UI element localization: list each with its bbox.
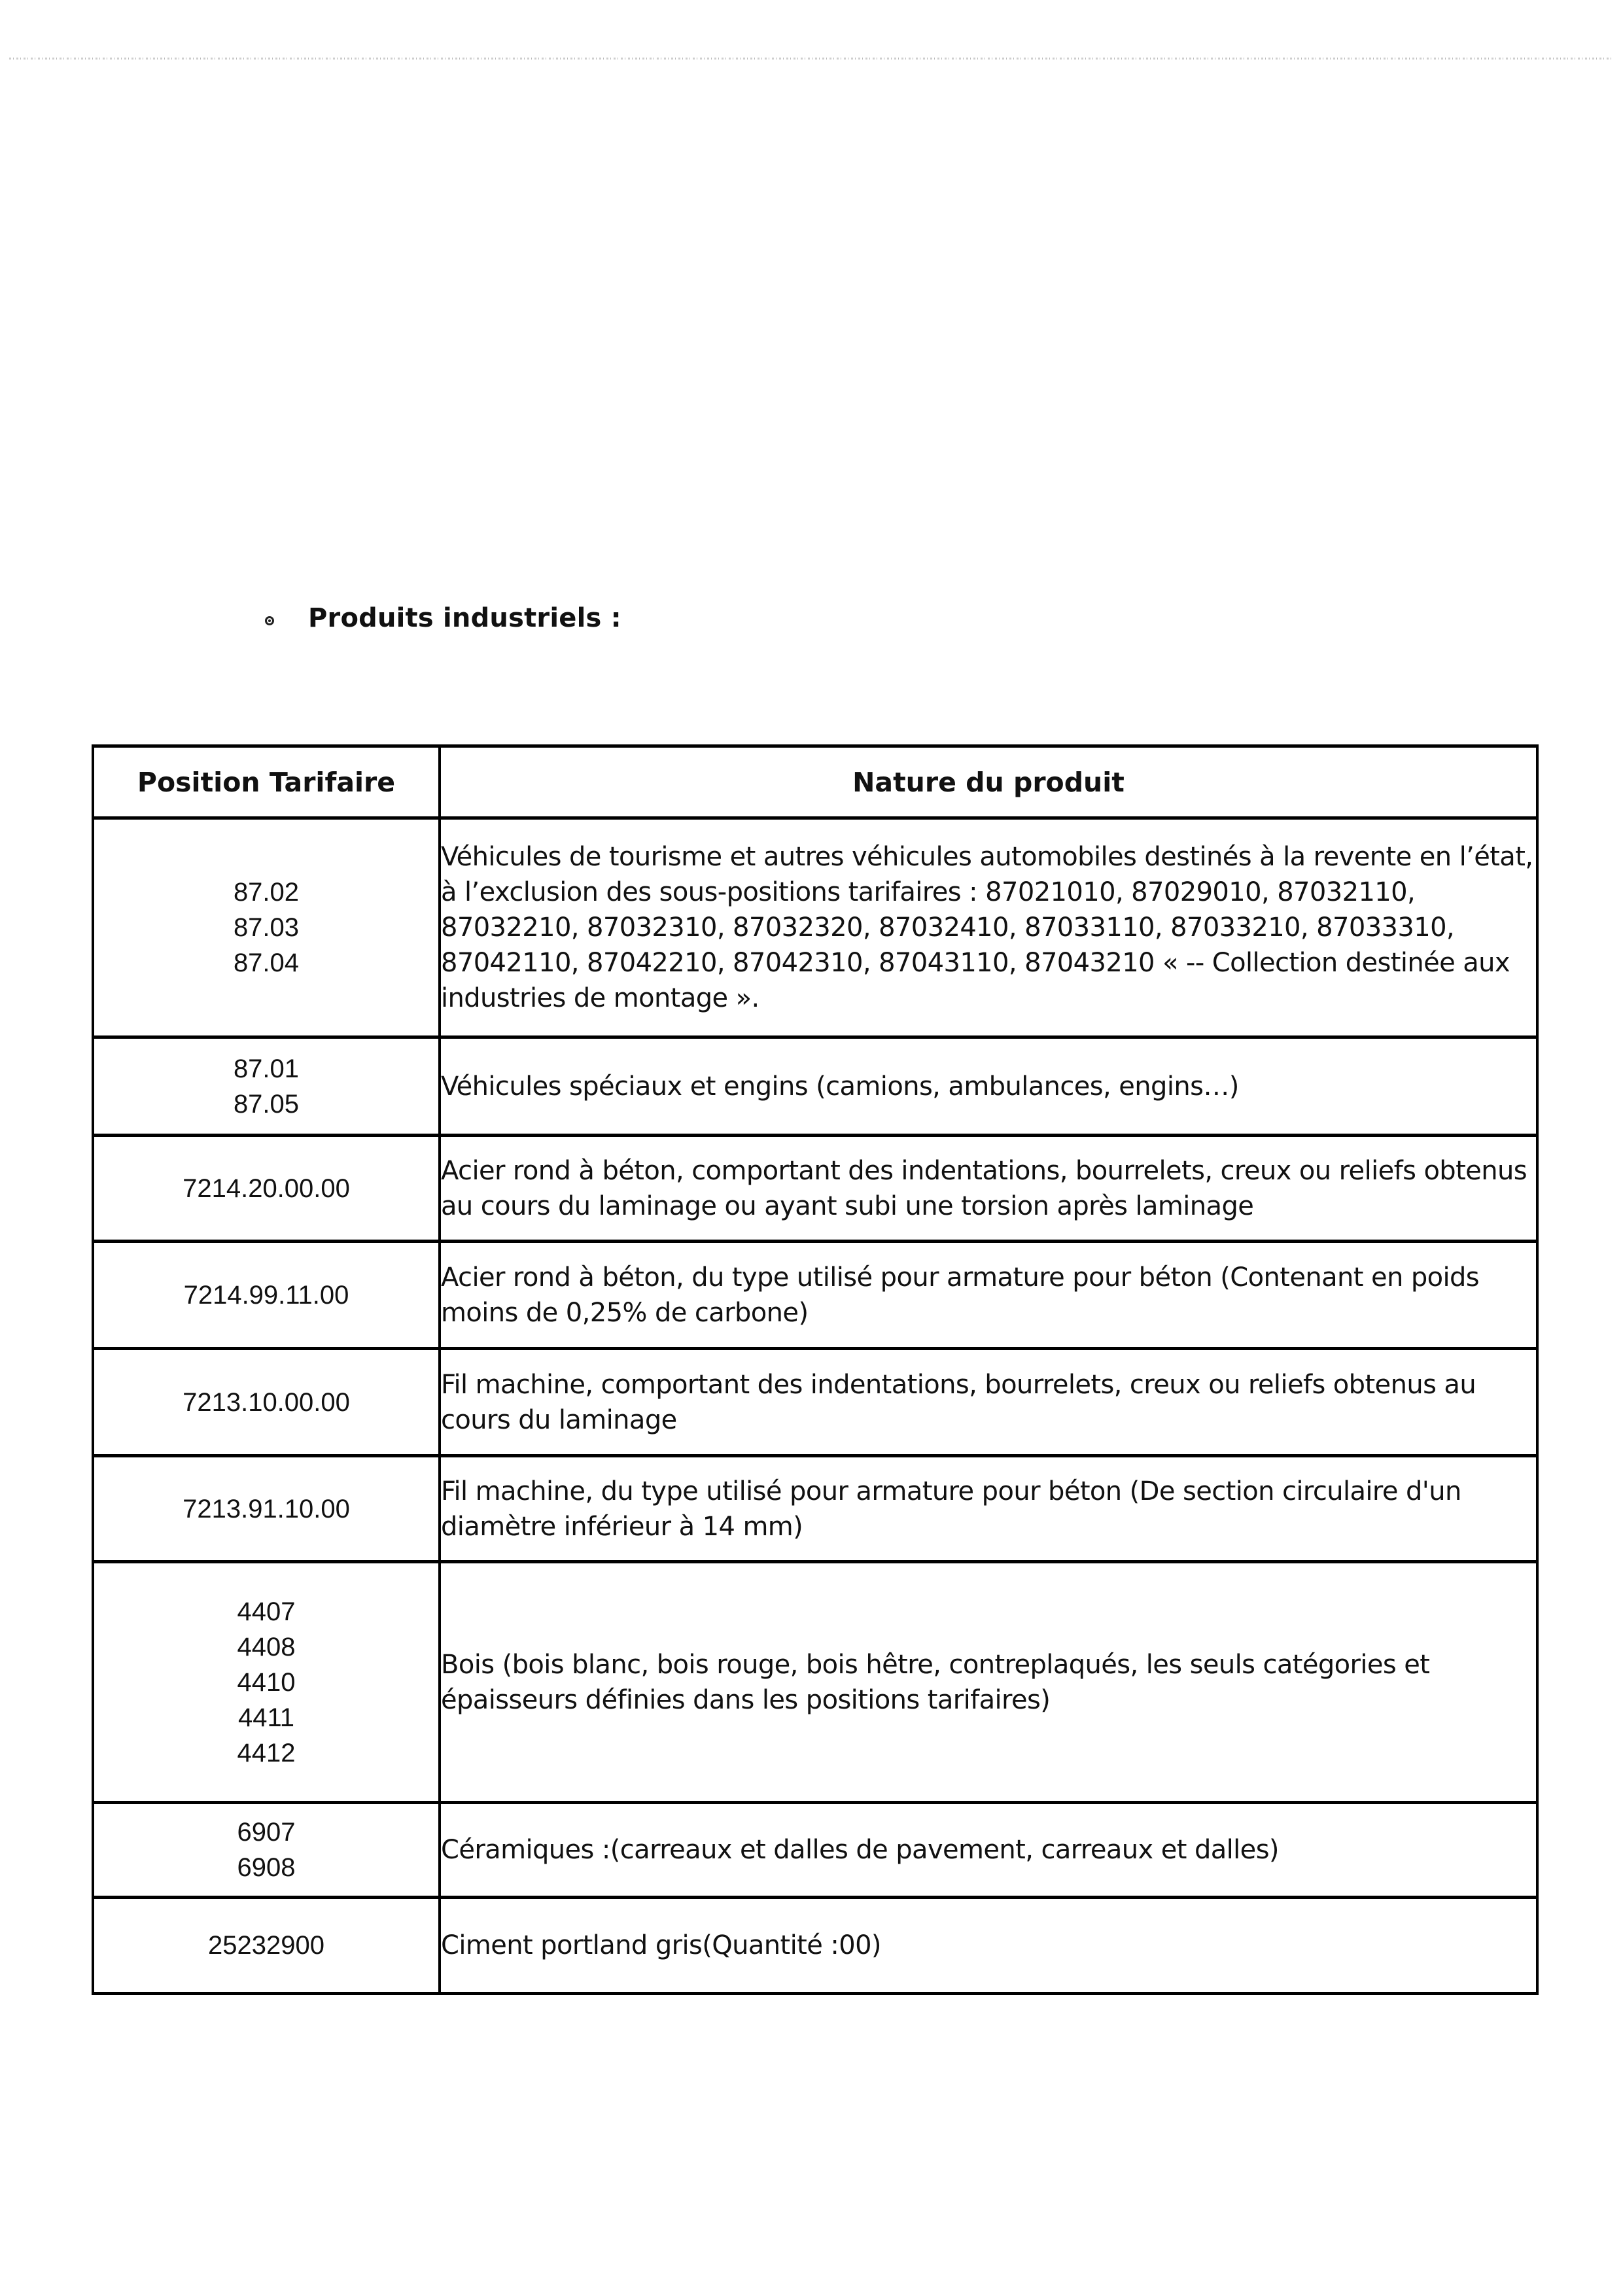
tariff-code: 4408 <box>94 1629 438 1665</box>
position-tarifaire-cell: 7214.99.11.00 <box>93 1242 440 1349</box>
header-nature-du-produit: Nature du produit <box>440 746 1537 818</box>
tariff-code: 25232900 <box>94 1928 438 1963</box>
table-row: 44074408441044114412Bois (bois blanc, bo… <box>93 1562 1537 1803</box>
nature-du-produit-cell: Fil machine, comportant des indentations… <box>440 1349 1537 1456</box>
scan-edge-artifact <box>9 58 1614 60</box>
nature-du-produit-cell: Fil machine, du type utilisé pour armatu… <box>440 1456 1537 1562</box>
nature-du-produit-cell: Acier rond à béton, du type utilisé pour… <box>440 1242 1537 1349</box>
nature-du-produit-cell: Bois (bois blanc, bois rouge, bois hêtre… <box>440 1562 1537 1803</box>
nature-du-produit-cell: Céramiques :(carreaux et dalles de pavem… <box>440 1803 1537 1898</box>
table-row: 25232900Ciment portland gris(Quantité :0… <box>93 1898 1537 1994</box>
table-row: 7213.91.10.00Fil machine, du type utilis… <box>93 1456 1537 1562</box>
table-row: 87.0287.0387.04Véhicules de tourisme et … <box>93 818 1537 1037</box>
table-row: 7214.20.00.00Acier rond à béton, comport… <box>93 1136 1537 1242</box>
position-tarifaire-cell: 25232900 <box>93 1898 440 1994</box>
nature-du-produit-cell: Acier rond à béton, comportant des inden… <box>440 1136 1537 1242</box>
tariff-code: 7214.99.11.00 <box>94 1278 438 1313</box>
table-row: 7213.10.00.00Fil machine, comportant des… <box>93 1349 1537 1456</box>
position-tarifaire-cell: 7213.91.10.00 <box>93 1456 440 1562</box>
tariff-code: 87.02 <box>94 875 438 910</box>
table-row: 69076908Céramiques :(carreaux et dalles … <box>93 1803 1537 1898</box>
nature-du-produit-cell: Véhicules de tourisme et autres véhicule… <box>440 818 1537 1037</box>
section-heading-text: Produits industriels : <box>308 603 621 633</box>
position-tarifaire-cell: 7213.10.00.00 <box>93 1349 440 1456</box>
tariff-code: 87.04 <box>94 945 438 981</box>
circle-bullet-icon <box>265 616 274 625</box>
table-header-row: Position Tarifaire Nature du produit <box>93 746 1537 818</box>
tariff-code: 4411 <box>94 1700 438 1735</box>
tariff-code: 87.03 <box>94 910 438 945</box>
position-tarifaire-cell: 69076908 <box>93 1803 440 1898</box>
table-row: 7214.99.11.00Acier rond à béton, du type… <box>93 1242 1537 1349</box>
position-tarifaire-cell: 87.0187.05 <box>93 1037 440 1136</box>
tariff-code: 4410 <box>94 1665 438 1700</box>
tariff-code: 87.05 <box>94 1087 438 1122</box>
tariff-code: 4412 <box>94 1735 438 1771</box>
table-row: 87.0187.05Véhicules spéciaux et engins (… <box>93 1037 1537 1136</box>
tariff-table: Position Tarifaire Nature du produit 87.… <box>92 744 1539 1995</box>
section-heading: Produits industriels : <box>265 603 621 633</box>
position-tarifaire-cell: 87.0287.0387.04 <box>93 818 440 1037</box>
tariff-code: 7213.91.10.00 <box>94 1491 438 1527</box>
tariff-code: 7213.10.00.00 <box>94 1385 438 1420</box>
tariff-code: 4407 <box>94 1594 438 1629</box>
position-tarifaire-cell: 7214.20.00.00 <box>93 1136 440 1242</box>
table-body: 87.0287.0387.04Véhicules de tourisme et … <box>93 818 1537 1994</box>
header-position-tarifaire: Position Tarifaire <box>93 746 440 818</box>
tariff-code: 6907 <box>94 1815 438 1850</box>
tariff-code: 6908 <box>94 1850 438 1885</box>
nature-du-produit-cell: Véhicules spéciaux et engins (camions, a… <box>440 1037 1537 1136</box>
nature-du-produit-cell: Ciment portland gris(Quantité :00) <box>440 1898 1537 1994</box>
tariff-code: 87.01 <box>94 1051 438 1087</box>
position-tarifaire-cell: 44074408441044114412 <box>93 1562 440 1803</box>
tariff-code: 7214.20.00.00 <box>94 1171 438 1206</box>
